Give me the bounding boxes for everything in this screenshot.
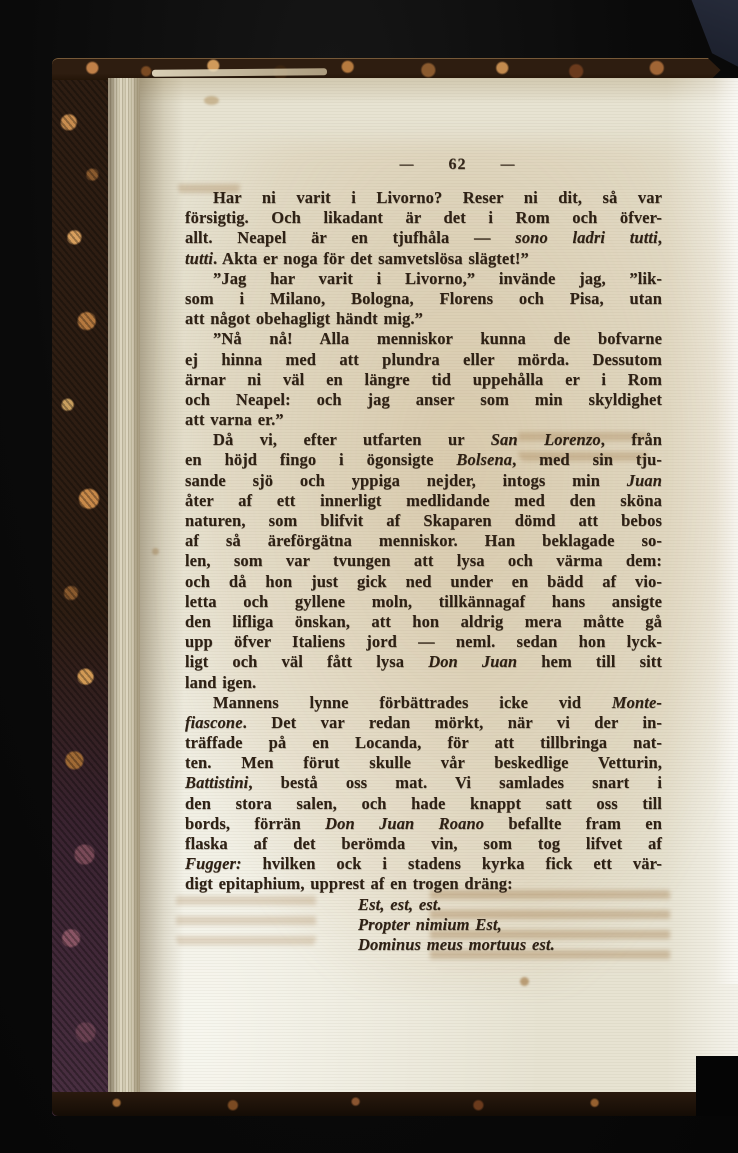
epitaph-line: Dominus meus mortuus est. [185, 935, 662, 955]
page-number-dash-left: — [400, 157, 415, 173]
text-line: digt epitaphium, upprest af en trogen dr… [185, 874, 662, 894]
book-cover-left-edge [52, 70, 108, 1116]
text-line: flaska af det berömda vin, som tog lifve… [185, 834, 662, 854]
text-line: upp öfver Italiens jord — neml. sedan ho… [185, 632, 662, 652]
page-number-value: 62 [449, 156, 467, 174]
epitaph-line: Est, est, est. [185, 895, 662, 915]
text-line: sande sjö och yppiga nejder, intogs min … [185, 471, 662, 491]
text-line: Då vi, efter utfarten ur San Lorenzo, fr… [185, 430, 662, 450]
background-corner [696, 1056, 738, 1116]
text-line: en höjd fingo i ögonsigte Bolsena, med s… [185, 450, 662, 470]
book-page: — 62 — Har ni varit i Livorno? Reser ni … [140, 78, 738, 1094]
page-fore-edge-stack [108, 78, 140, 1094]
page-number-dash-right: — [501, 157, 516, 173]
text-line: Battistini, bestå oss mat. Vi samlades s… [185, 773, 662, 793]
text-line: ligt och väl fått lysa Don Juan hem till… [185, 652, 662, 672]
text-line: träffade på en Locanda, för att tillbrin… [185, 733, 662, 753]
paper-stain [520, 977, 529, 986]
text-line: naturen, som blifvit af Skaparen dömd at… [185, 511, 662, 531]
paper-stain [152, 548, 159, 555]
text-line: ärnar ni väl en längre tid uppehålla er … [185, 370, 662, 390]
epitaph-line: Propter nimium Est, [185, 915, 662, 935]
text-line: och Neapel: och jag anser som min skyldi… [185, 390, 662, 410]
text-line: letta och gyllene moln, tillkännagaf han… [185, 592, 662, 612]
page-text: Har ni varit i Livorno? Reser ni dit, så… [185, 188, 662, 955]
paragraph: Då vi, efter utfarten ur San Lorenzo, fr… [185, 430, 662, 692]
page-number: — 62 — [219, 156, 696, 174]
text-line: ”Jag har varit i Livorno,” invände jag, … [185, 269, 662, 289]
text-line: len, som var tvungen att lysa och värma … [185, 551, 662, 571]
text-line: ten. Men förut skulle vår beskedlige Vet… [185, 753, 662, 773]
text-line: tutti. Akta er noga för det samvetslösa … [185, 249, 662, 269]
text-line: Har ni varit i Livorno? Reser ni dit, så… [185, 188, 662, 208]
text-line: allt. Neapel är en tjufhåla — sono ladri… [185, 228, 662, 248]
text-line: att varna er.” [185, 410, 662, 430]
book-cover-bottom-edge [52, 1092, 698, 1116]
text-line: fiascone. Det var redan mörkt, när vi de… [185, 713, 662, 733]
text-line: som i Milano, Bologna, Florens och Pisa,… [185, 289, 662, 309]
text-line: försigtig. Och likadant är det i Rom och… [185, 208, 662, 228]
paragraph: ”Jag har varit i Livorno,” invände jag, … [185, 269, 662, 330]
paragraph: Har ni varit i Livorno? Reser ni dit, så… [185, 188, 662, 269]
paragraph: ”Nå nå! Alla menniskor kunna de bofvarne… [185, 329, 662, 430]
text-line: ej hinna med att plundra eller mörda. De… [185, 350, 662, 370]
text-line: den lifliga önskan, att hon aldrig mera … [185, 612, 662, 632]
text-line: Mannens lynne förbättrades icke vid Mont… [185, 693, 662, 713]
text-line: den stora salen, och hade knappt satt os… [185, 794, 662, 814]
epitaph: Est, est, est. Propter nimium Est, Domin… [185, 895, 662, 956]
text-line: af så äreförgätna menniskor. Han beklaga… [185, 531, 662, 551]
text-line: bords, förrän Don Juan Roano befallte fr… [185, 814, 662, 834]
text-line: att något obehagligt händt mig.” [185, 309, 662, 329]
text-line: ”Nå nå! Alla menniskor kunna de bofvarne [185, 329, 662, 349]
book: — 62 — Har ni varit i Livorno? Reser ni … [52, 58, 738, 1116]
text-line: Fugger: hvilken ock i stadens kyrka fick… [185, 854, 662, 874]
paragraph: Mannens lynne förbättrades icke vid Mont… [185, 693, 662, 895]
paper-stain [204, 96, 219, 105]
text-line: land igen. [185, 673, 662, 693]
scan-background: — 62 — Har ni varit i Livorno? Reser ni … [0, 0, 738, 1153]
text-line: åter af ett innerligt medlidande med den… [185, 491, 662, 511]
text-line: och då hon just gick ned under en bädd a… [185, 572, 662, 592]
